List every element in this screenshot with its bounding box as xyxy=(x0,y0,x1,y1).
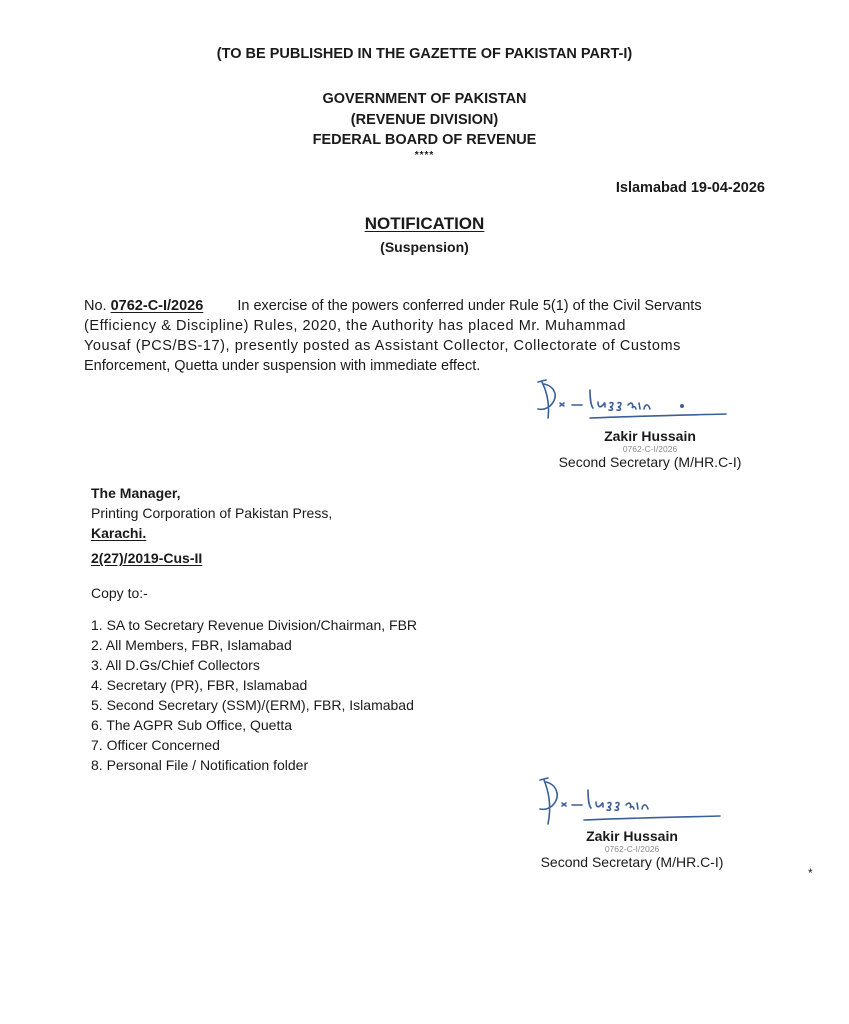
handwritten-signature-icon xyxy=(520,376,780,428)
addressee-city: Karachi. xyxy=(91,523,332,543)
copy-to-list: 1. SA to Secretary Revenue Division/Chai… xyxy=(91,615,417,775)
issuing-authority: GOVERNMENT OF PAKISTAN (REVENUE DIVISION… xyxy=(0,89,849,151)
copy-to-item: 1. SA to Secretary Revenue Division/Chai… xyxy=(91,615,417,635)
signature-block-1: Zakir Hussain 0762-C-I/2026 Second Secre… xyxy=(520,376,780,470)
place-date: Islamabad 19-04-2026 xyxy=(616,180,765,196)
copy-to-label: Copy to:- xyxy=(91,585,148,601)
government-line: GOVERNMENT OF PAKISTAN xyxy=(0,89,849,110)
signatory-designation: Second Secretary (M/HR.C-I) xyxy=(502,854,762,870)
document-title: NOTIFICATION xyxy=(0,214,849,234)
signatory-name: Zakir Hussain xyxy=(520,428,780,444)
addressee-block: The Manager, Printing Corporation of Pak… xyxy=(91,483,332,543)
addressee-title: The Manager, xyxy=(91,483,332,503)
notification-number: 0762-C-I/2026 xyxy=(111,298,204,314)
body-line-4: Enforcement, Quetta under suspension wit… xyxy=(84,356,758,376)
body-line-2: (Efficiency & Discipline) Rules, 2020, t… xyxy=(84,316,758,336)
gazette-heading: (TO BE PUBLISHED IN THE GAZETTE OF PAKIS… xyxy=(0,46,849,62)
signatory-reference: 0762-C-I/2026 xyxy=(520,444,780,454)
body-line-3: Yousaf (PCS/BS-17), presently posted as … xyxy=(84,336,758,356)
separator-stars: **** xyxy=(0,150,849,161)
signature-block-2: Zakir Hussain 0762-C-I/2026 Second Secre… xyxy=(502,776,762,870)
division-line: (REVENUE DIVISION) xyxy=(0,110,849,131)
signatory-designation: Second Secretary (M/HR.C-I) xyxy=(520,454,780,470)
file-reference: 2(27)/2019-Cus-II xyxy=(91,550,202,566)
copy-to-item: 8. Personal File / Notification folder xyxy=(91,755,417,775)
signatory-reference: 0762-C-I/2026 xyxy=(502,844,762,854)
board-line: FEDERAL BOARD OF REVENUE xyxy=(0,130,849,151)
body-line-1: No. 0762-C-I/2026 In exercise of the pow… xyxy=(84,296,758,316)
footer-mark: * xyxy=(808,866,813,880)
document-subtitle: (Suspension) xyxy=(0,239,849,255)
notification-body: No. 0762-C-I/2026 In exercise of the pow… xyxy=(84,296,758,376)
notification-title: NOTIFICATION xyxy=(365,214,485,233)
copy-to-item: 3. All D.Gs/Chief Collectors xyxy=(91,655,417,675)
copy-to-item: 7. Officer Concerned xyxy=(91,735,417,755)
number-label: No. xyxy=(84,298,107,314)
handwritten-signature-icon xyxy=(502,776,762,828)
addressee-organization: Printing Corporation of Pakistan Press, xyxy=(91,503,332,523)
copy-to-item: 4. Secretary (PR), FBR, Islamabad xyxy=(91,675,417,695)
copy-to-item: 6. The AGPR Sub Office, Quetta xyxy=(91,715,417,735)
copy-to-item: 5. Second Secretary (SSM)/(ERM), FBR, Is… xyxy=(91,695,417,715)
signatory-name: Zakir Hussain xyxy=(502,828,762,844)
copy-to-item: 2. All Members, FBR, Islamabad xyxy=(91,635,417,655)
body-text-1: In exercise of the powers conferred unde… xyxy=(237,298,701,314)
